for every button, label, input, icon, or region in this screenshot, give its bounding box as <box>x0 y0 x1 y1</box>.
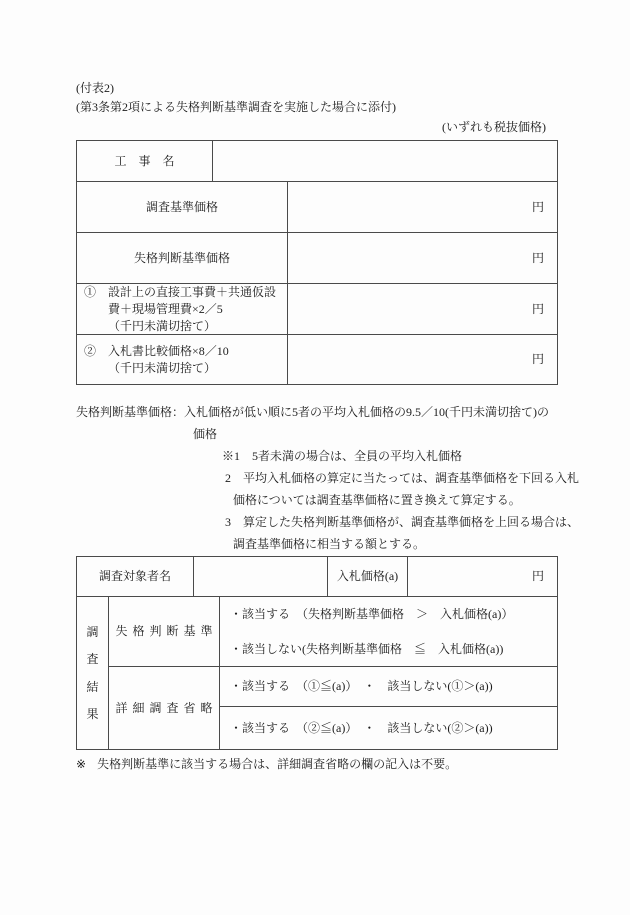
footer-note: ※失格判断基準に該当する場合は、詳細調査省略の欄の記入は不要。 <box>76 757 457 771</box>
table-row-construction-name: 工 事 名 <box>77 141 557 181</box>
disqualification-price-label: 失格判断基準価格 <box>77 233 288 283</box>
price-criteria-table: 工 事 名 調査基準価格 円 失格判断基準価格 円 ① 設計上の直接工事費＋共通… <box>76 140 558 385</box>
vertical-char-3: 結 <box>86 680 98 694</box>
tax-exclusive-note: (いずれも税抜価格) <box>442 120 546 134</box>
vertical-char-4: 果 <box>86 707 98 721</box>
formula-1-line-2: 費＋現場管理費×2／5 <box>108 301 223 318</box>
formula-1-label: ① 設計上の直接工事費＋共通仮設 費＋現場管理費×2／5 （千円未満切捨て） <box>77 284 288 334</box>
omission-option-1: ・該当する （①≦(a)） ・ 該当しない(①＞(a)) <box>220 667 557 707</box>
criteria-option-not-applicable: ・該当しない(失格判断基準価格 ≦ 入札価格(a)) <box>230 642 557 656</box>
survey-subject-value-cell <box>194 557 328 596</box>
survey-result-columns: 失格判断基準 ・該当する （失格判断基準価格 ＞ 入札価格(a)） ・該当しない… <box>109 597 557 749</box>
footer-note-mark: ※ <box>76 757 86 771</box>
formula-1-unit: 円 <box>288 284 557 334</box>
table-row-survey-subject: 調査対象者名 入札価格(a) 円 <box>77 557 557 597</box>
table-row-disqualification-price: 失格判断基準価格 円 <box>77 232 557 283</box>
table-row-formula-1: ① 設計上の直接工事費＋共通仮設 費＋現場管理費×2／5 （千円未満切捨て） 円 <box>77 283 557 334</box>
construction-name-label: 工 事 名 <box>77 141 213 181</box>
table-row-formula-2: ② 入札書比較価格×8／10 （千円未満切捨て） 円 <box>77 334 557 384</box>
vertical-char-1: 調 <box>86 625 98 639</box>
note-line-3: ※1 5者未満の場合は、全員の平均入札価格 <box>222 445 556 467</box>
note-line-6: 3 算定した失格判断基準価格が、調査基準価格を上回る場合は、 <box>225 511 556 533</box>
formula-2-line-1: ② 入札書比較価格×8／10 <box>84 343 229 360</box>
formula-2-line-2: （千円未満切捨て） <box>108 360 216 377</box>
survey-result-table: 調査対象者名 入札価格(a) 円 調 査 結 果 失格判断基準 ・該当する （失… <box>76 556 558 750</box>
omission-option-2: ・該当する （②≦(a)） ・ 該当しない(②＞(a)) <box>220 707 557 749</box>
note-line-1: 失格判断基準価格：入札価格が低い順に5者の平均入札価格の9.5／10(千円未満切… <box>76 401 556 423</box>
note-line-2: 価格 <box>193 423 556 445</box>
note-line-4: 2 平均入札価格の算定に当たっては、調査基準価格を下回る入札 <box>225 467 556 489</box>
note-line-5: 価格については調査基準価格に置き換えて算定する。 <box>233 489 556 511</box>
survey-base-price-unit: 円 <box>288 182 557 232</box>
criteria-option-applicable: ・該当する （失格判断基準価格 ＞ 入札価格(a)） <box>230 607 557 621</box>
survey-base-price-label: 調査基準価格 <box>77 182 288 232</box>
construction-name-value-cell <box>213 141 557 181</box>
survey-result-body: 調 査 結 果 失格判断基準 ・該当する （失格判断基準価格 ＞ 入札価格(a)… <box>77 597 557 749</box>
document-page: (付表2) (第3条第2項による失格判断基準調査を実施した場合に添付) (いずれ… <box>0 0 630 915</box>
detailed-survey-omission-options: ・該当する （①≦(a)） ・ 該当しない(①＞(a)) ・該当する （②≦(a… <box>220 667 557 749</box>
doc-label-appendix: (付表2) <box>76 81 114 95</box>
doc-label-attachment-condition: (第3条第2項による失格判断基準調査を実施した場合に添付) <box>76 100 396 114</box>
bid-price-label: 入札価格(a) <box>328 557 408 596</box>
footer-note-text: 失格判断基準に該当する場合は、詳細調査省略の欄の記入は不要。 <box>97 757 457 771</box>
row-detailed-survey-omission: 詳細調査省略 ・該当する （①≦(a)） ・ 該当しない(①＞(a)) ・該当す… <box>109 667 557 749</box>
definition-note-block: 失格判断基準価格：入札価格が低い順に5者の平均入札価格の9.5／10(千円未満切… <box>76 401 556 555</box>
bid-price-unit: 円 <box>408 557 557 596</box>
disqualification-criteria-options: ・該当する （失格判断基準価格 ＞ 入札価格(a)） ・該当しない(失格判断基準… <box>220 597 557 666</box>
disqualification-price-unit: 円 <box>288 233 557 283</box>
row-disqualification-criteria: 失格判断基準 ・該当する （失格判断基準価格 ＞ 入札価格(a)） ・該当しない… <box>109 597 557 667</box>
detailed-survey-omission-label: 詳細調査省略 <box>109 667 220 749</box>
table-row-survey-base-price: 調査基準価格 円 <box>77 181 557 232</box>
formula-2-unit: 円 <box>288 335 557 384</box>
formula-1-line-3: （千円未満切捨て） <box>108 318 216 335</box>
note-line-7: 調査基準価格に相当する額とする。 <box>233 533 556 555</box>
survey-result-vertical-label: 調 査 結 果 <box>77 597 109 749</box>
vertical-char-2: 査 <box>86 652 98 666</box>
formula-1-line-1: ① 設計上の直接工事費＋共通仮設 <box>84 284 276 301</box>
survey-subject-label: 調査対象者名 <box>77 557 194 596</box>
formula-2-label: ② 入札書比較価格×8／10 （千円未満切捨て） <box>77 335 288 384</box>
disqualification-criteria-label: 失格判断基準 <box>109 597 220 666</box>
